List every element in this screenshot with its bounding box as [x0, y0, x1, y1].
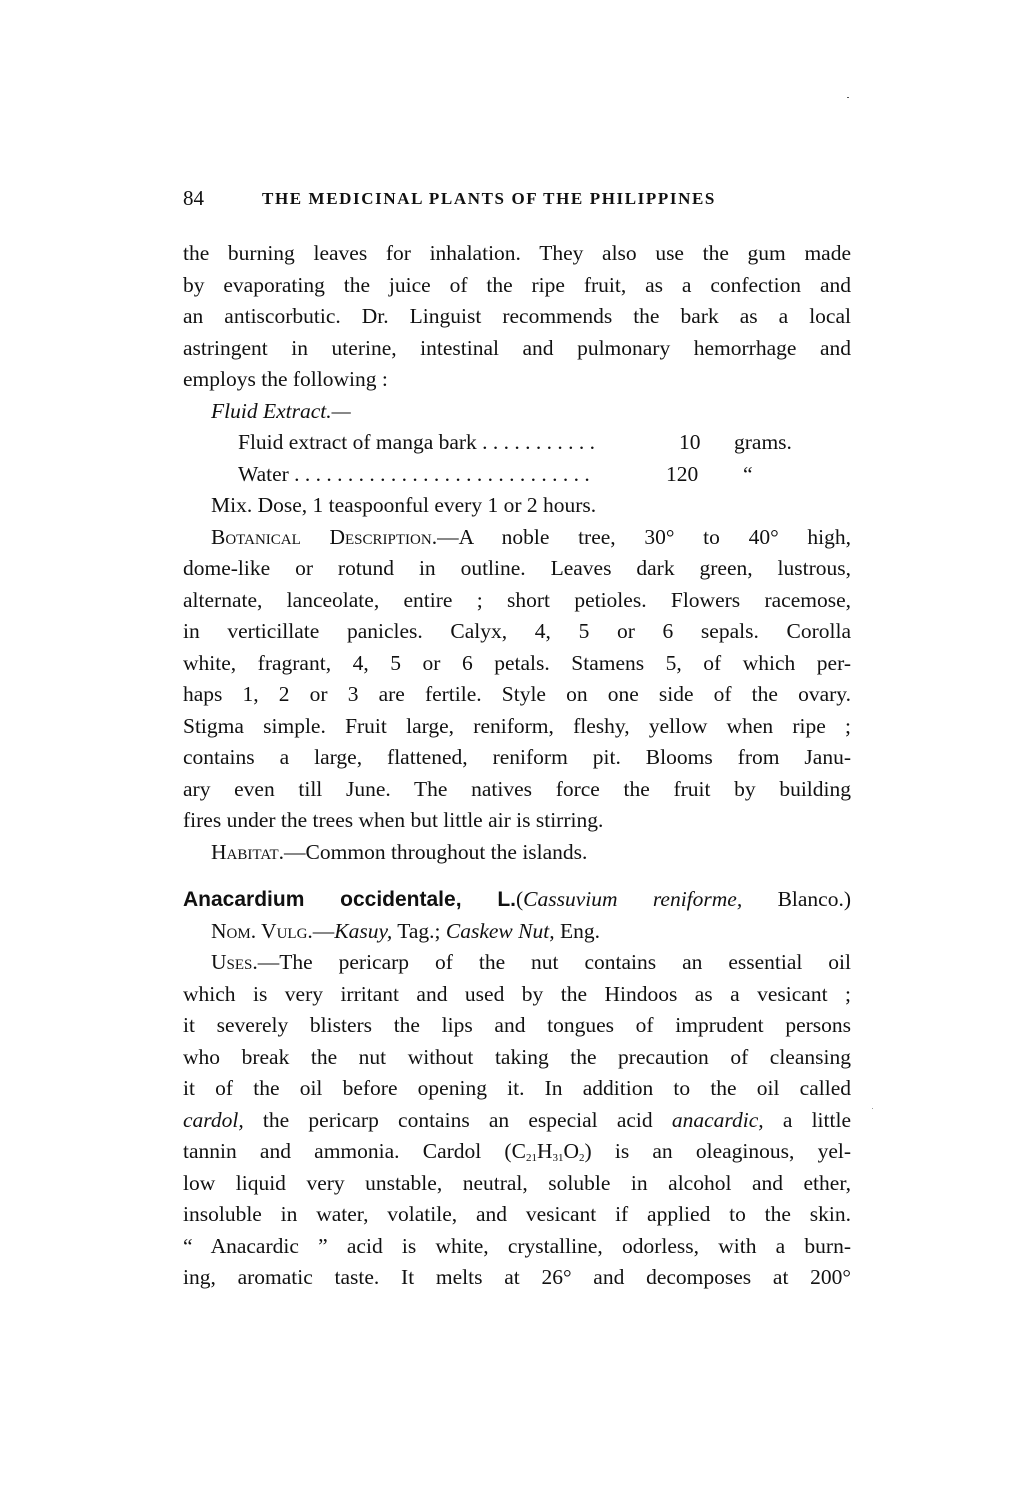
page-body: the burning leaves for inhalation. They … [183, 238, 851, 1294]
text-line: fires under the trees when but little ai… [183, 805, 851, 837]
text-line: who break the nut without taking the pre… [183, 1042, 851, 1074]
recipe-title: Fluid Extract.— [183, 396, 851, 428]
text-line: the burning leaves for inhalation. They … [183, 238, 851, 270]
recipe-item-qty: 10 [679, 427, 701, 459]
species-heading: Anacardium occidentale, L.(Cassuvium ren… [183, 884, 851, 916]
uses-first-line: Uses.—The pericarp of the nut contains a… [183, 947, 851, 979]
text-line: by evaporating the juice of the ripe fru… [183, 270, 851, 302]
recipe-directions: Mix. Dose, 1 teaspoonful every 1 or 2 ho… [183, 490, 851, 522]
text-line: white, fragrant, 4, 5 or 6 petals. Stame… [183, 648, 851, 680]
species-name: Anacardium occidentale, L. [183, 888, 516, 911]
text-line: haps 1, 2 or 3 are fertile. Style on one… [183, 679, 851, 711]
recipe-title-text: Fluid Extract.— [211, 399, 351, 423]
recipe-item-unit: grams. [734, 427, 792, 459]
text-line: employs the following : [183, 364, 851, 396]
text-line: cardol, the pericarp contains an especia… [183, 1105, 851, 1137]
text-line: Stigma simple. Fruit large, reniform, fl… [183, 711, 851, 743]
section-heading: Nom. Vulg. [211, 919, 313, 943]
section-heading: Uses. [211, 950, 258, 974]
recipe-item-name: Water . . . . . . . . . . . . . . . . . … [238, 459, 590, 491]
running-header: 84 THE MEDICINAL PLANTS OF THE PHILIPPIN… [183, 186, 823, 210]
chemical-formula-line: tannin and ammonia. Cardol (C21H31O2) is… [183, 1136, 851, 1168]
text-line: in verticillate panicles. Calyx, 4, 5 or… [183, 616, 851, 648]
recipe-item: Water . . . . . . . . . . . . . . . . . … [183, 459, 851, 491]
section-heading: Botanical Description. [211, 525, 437, 549]
text-line: ing, aromatic taste. It melts at 26° and… [183, 1262, 851, 1294]
text-line: alternate, lanceolate, entire ; short pe… [183, 585, 851, 617]
text-line: “ Anacardic ” acid is white, crystalline… [183, 1231, 851, 1263]
text-line: dome-like or rotund in outline. Leaves d… [183, 553, 851, 585]
book-page: 84 THE MEDICINAL PLANTS OF THE PHILIPPIN… [0, 0, 1010, 1506]
text-line: low liquid very unstable, neutral, solub… [183, 1168, 851, 1200]
page-number: 84 [183, 186, 204, 210]
text-line: astringent in uterine, intestinal and pu… [183, 333, 851, 365]
text-line: ary even till June. The natives force th… [183, 774, 851, 806]
recipe-item-unit: “ [743, 459, 753, 491]
nom-vulg-line: Nom. Vulg.—Kasuy, Tag.; Caskew Nut, Eng. [183, 916, 851, 948]
text-line: it of the oil before opening it. In addi… [183, 1073, 851, 1105]
scan-speck [847, 97, 849, 98]
text-line: insoluble in water, volatile, and vesica… [183, 1199, 851, 1231]
scan-speck [872, 1108, 873, 1109]
species-synonym: Cassuvium reniforme, [523, 887, 742, 911]
recipe-item: Fluid extract of manga bark . . . . . . … [183, 427, 851, 459]
text-line: an antiscorbutic. Dr. Linguist recommend… [183, 301, 851, 333]
text-line: which is very irritant and used by the H… [183, 979, 851, 1011]
recipe-item-name: Fluid extract of manga bark . . . . . . … [238, 427, 595, 459]
text-line: it severely blisters the lips and tongue… [183, 1010, 851, 1042]
text-line: contains a large, flattened, reniform pi… [183, 742, 851, 774]
section-heading: Habitat. [211, 840, 284, 864]
running-head-title: THE MEDICINAL PLANTS OF THE PHILIPPINES [262, 187, 716, 211]
botanical-first-line: Botanical Description.—A noble tree, 30°… [183, 522, 851, 554]
recipe-item-qty: 120 [666, 459, 698, 491]
habitat-line: Habitat.—Common throughout the islands. [183, 837, 851, 869]
